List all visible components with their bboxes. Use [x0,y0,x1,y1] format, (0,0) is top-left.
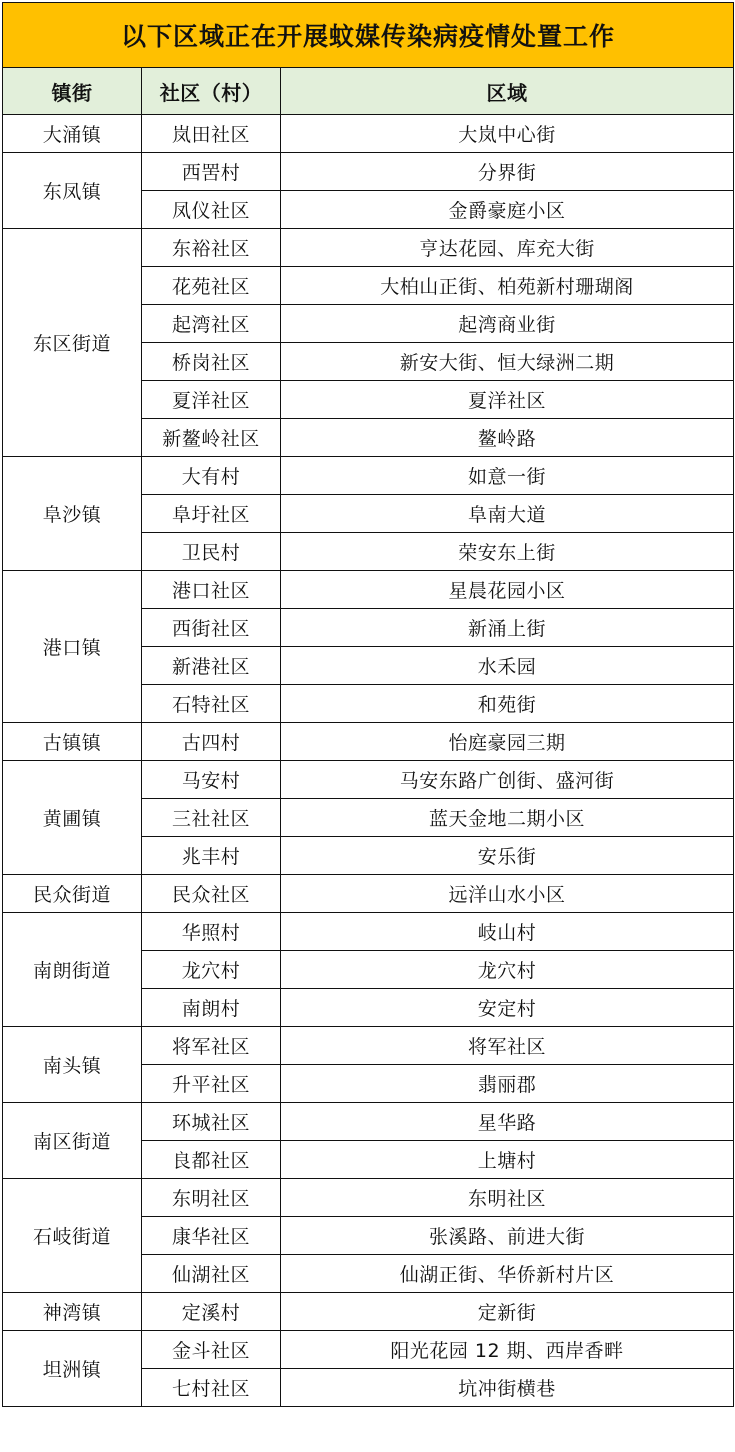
town-cell: 阜沙镇 [3,457,142,571]
town-cell: 东区街道 [3,229,142,457]
epidemic-area-sheet: 以下区域正在开展蚊媒传染病疫情处置工作 镇街 社区（村） 区域 大涌镇岚田社区大… [2,2,733,1407]
community-cell: 三社社区 [142,799,281,837]
community-cell: 港口社区 [142,571,281,609]
community-cell: 西街社区 [142,609,281,647]
town-cell: 古镇镇 [3,723,142,761]
area-cell: 分界街 [281,153,734,191]
town-cell: 南朗街道 [3,913,142,1027]
area-cell: 新涌上街 [281,609,734,647]
community-cell: 卫民村 [142,533,281,571]
town-cell: 石岐街道 [3,1179,142,1293]
area-cell: 仙湖正街、华侨新村片区 [281,1255,734,1293]
town-cell: 南头镇 [3,1027,142,1103]
area-cell: 如意一街 [281,457,734,495]
area-cell: 鳌岭路 [281,419,734,457]
community-cell: 兆丰村 [142,837,281,875]
community-cell: 定溪村 [142,1293,281,1331]
community-cell: 马安村 [142,761,281,799]
area-cell: 大岚中心街 [281,115,734,153]
community-cell: 升平社区 [142,1065,281,1103]
community-cell: 环城社区 [142,1103,281,1141]
community-cell: 金斗社区 [142,1331,281,1369]
community-cell: 康华社区 [142,1217,281,1255]
area-cell: 安乐街 [281,837,734,875]
town-cell: 南区街道 [3,1103,142,1179]
area-cell: 马安东路广创街、盛河街 [281,761,734,799]
community-cell: 夏洋社区 [142,381,281,419]
community-cell: 新鳌岭社区 [142,419,281,457]
table-row: 阜沙镇大有村如意一街 [3,457,734,495]
table-row: 南头镇将军社区将军社区 [3,1027,734,1065]
area-cell: 新安大街、恒大绿洲二期 [281,343,734,381]
table-row: 南区街道环城社区星华路 [3,1103,734,1141]
area-cell: 金爵豪庭小区 [281,191,734,229]
area-cell: 翡丽郡 [281,1065,734,1103]
table-row: 东区街道东裕社区亨达花园、库充大街 [3,229,734,267]
community-cell: 龙穴村 [142,951,281,989]
area-cell: 将军社区 [281,1027,734,1065]
area-cell: 起湾商业街 [281,305,734,343]
header-community: 社区（村） [142,68,281,115]
town-cell: 坦洲镇 [3,1331,142,1407]
table-row: 坦洲镇金斗社区阳光花园 12 期、西岸香畔 [3,1331,734,1369]
town-cell: 港口镇 [3,571,142,723]
area-cell: 东明社区 [281,1179,734,1217]
area-cell: 荣安东上街 [281,533,734,571]
community-cell: 西罟村 [142,153,281,191]
community-cell: 花苑社区 [142,267,281,305]
area-cell: 亨达花园、库充大街 [281,229,734,267]
area-cell: 龙穴村 [281,951,734,989]
area-cell: 安定村 [281,989,734,1027]
area-cell: 星晨花园小区 [281,571,734,609]
area-cell: 蓝天金地二期小区 [281,799,734,837]
community-cell: 起湾社区 [142,305,281,343]
community-cell: 七村社区 [142,1369,281,1407]
community-cell: 岚田社区 [142,115,281,153]
community-cell: 华照村 [142,913,281,951]
header-row: 镇街 社区（村） 区域 [3,68,734,115]
table-row: 东凤镇西罟村分界街 [3,153,734,191]
area-cell: 水禾园 [281,647,734,685]
area-cell: 远洋山水小区 [281,875,734,913]
table-row: 港口镇港口社区星晨花园小区 [3,571,734,609]
table-row: 南朗街道华照村岐山村 [3,913,734,951]
community-cell: 南朗村 [142,989,281,1027]
area-cell: 上塘村 [281,1141,734,1179]
area-cell: 阳光花园 12 期、西岸香畔 [281,1331,734,1369]
area-cell: 阜南大道 [281,495,734,533]
community-cell: 桥岗社区 [142,343,281,381]
community-cell: 民众社区 [142,875,281,913]
area-cell: 定新街 [281,1293,734,1331]
table-row: 民众街道民众社区远洋山水小区 [3,875,734,913]
community-cell: 将军社区 [142,1027,281,1065]
area-table: 以下区域正在开展蚊媒传染病疫情处置工作 镇街 社区（村） 区域 大涌镇岚田社区大… [2,2,734,1407]
community-cell: 古四村 [142,723,281,761]
area-cell: 星华路 [281,1103,734,1141]
community-cell: 新港社区 [142,647,281,685]
table-row: 黄圃镇马安村马安东路广创街、盛河街 [3,761,734,799]
community-cell: 良都社区 [142,1141,281,1179]
table-row: 石岐街道东明社区东明社区 [3,1179,734,1217]
community-cell: 东明社区 [142,1179,281,1217]
table-body: 大涌镇岚田社区大岚中心街东凤镇西罟村分界街凤仪社区金爵豪庭小区东区街道东裕社区亨… [3,115,734,1407]
town-cell: 神湾镇 [3,1293,142,1331]
header-area: 区域 [281,68,734,115]
town-cell: 东凤镇 [3,153,142,229]
area-cell: 怡庭豪园三期 [281,723,734,761]
town-cell: 黄圃镇 [3,761,142,875]
area-cell: 夏洋社区 [281,381,734,419]
community-cell: 阜圩社区 [142,495,281,533]
town-cell: 大涌镇 [3,115,142,153]
table-row: 古镇镇古四村怡庭豪园三期 [3,723,734,761]
area-cell: 坑冲街横巷 [281,1369,734,1407]
community-cell: 石特社区 [142,685,281,723]
area-cell: 和苑街 [281,685,734,723]
town-cell: 民众街道 [3,875,142,913]
community-cell: 凤仪社区 [142,191,281,229]
table-title: 以下区域正在开展蚊媒传染病疫情处置工作 [3,3,734,68]
area-cell: 岐山村 [281,913,734,951]
community-cell: 东裕社区 [142,229,281,267]
table-row: 大涌镇岚田社区大岚中心街 [3,115,734,153]
community-cell: 大有村 [142,457,281,495]
area-cell: 大柏山正街、柏苑新村珊瑚阁 [281,267,734,305]
header-town: 镇街 [3,68,142,115]
area-cell: 张溪路、前进大街 [281,1217,734,1255]
community-cell: 仙湖社区 [142,1255,281,1293]
table-row: 神湾镇定溪村定新街 [3,1293,734,1331]
